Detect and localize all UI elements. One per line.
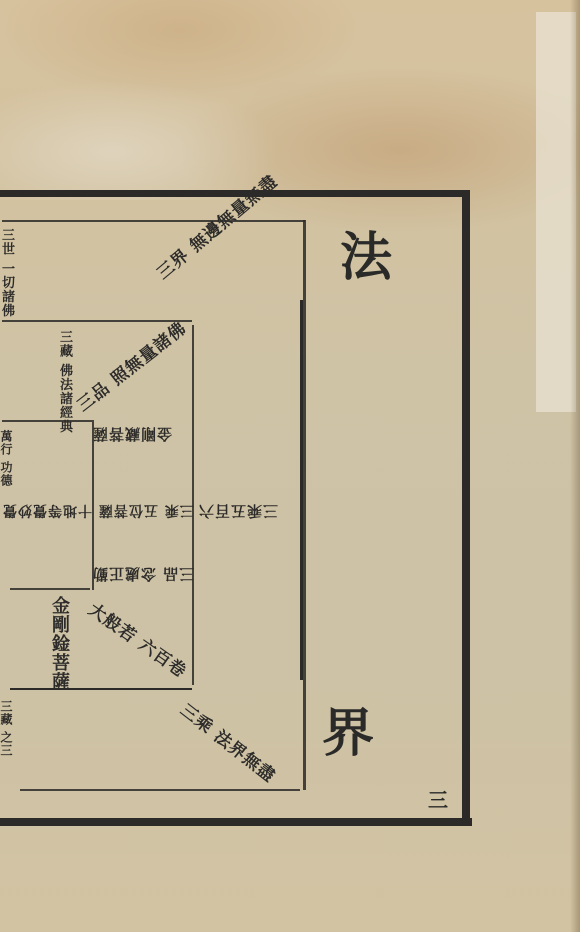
title-char-fa: 法: [340, 232, 392, 284]
inner-border-bottom: [20, 789, 300, 791]
water-stain: [0, 80, 280, 200]
outer-border-right: [462, 190, 470, 826]
left-vertical-top-text: 三藏 佛法諸經典: [58, 330, 71, 434]
title-char-jie: 界: [322, 708, 374, 760]
inner-border-right: [303, 220, 306, 790]
box-line-1: [2, 320, 192, 322]
left-margin-middle-text: 萬行 功德: [0, 430, 12, 487]
inner-border-top: [2, 220, 305, 222]
left-margin-top-text: 三世 一切諸佛: [0, 228, 13, 318]
title-column-line: [300, 300, 303, 680]
box-line-3: [2, 420, 92, 422]
box-line-5: [10, 588, 90, 590]
lower-left-vertical-text: 金剛鍂菩薩: [50, 596, 68, 691]
page-edge: [570, 0, 580, 932]
box-line-6: [10, 688, 192, 690]
left-margin-bottom-text: 三藏 之三: [0, 700, 12, 757]
outer-border-top: [0, 190, 470, 197]
rotated-row-center: 三乘 五位菩薩 十地等覺妙覺: [2, 503, 194, 517]
rotated-row-center-right: 三乘五百六: [198, 503, 278, 518]
page-number: 三: [428, 784, 448, 813]
rotated-row-vajragarbha: 金剛藏菩薩: [92, 426, 172, 441]
rotated-row-2: 三品 念處正勤: [92, 566, 194, 581]
outer-border-bottom: [0, 818, 472, 826]
